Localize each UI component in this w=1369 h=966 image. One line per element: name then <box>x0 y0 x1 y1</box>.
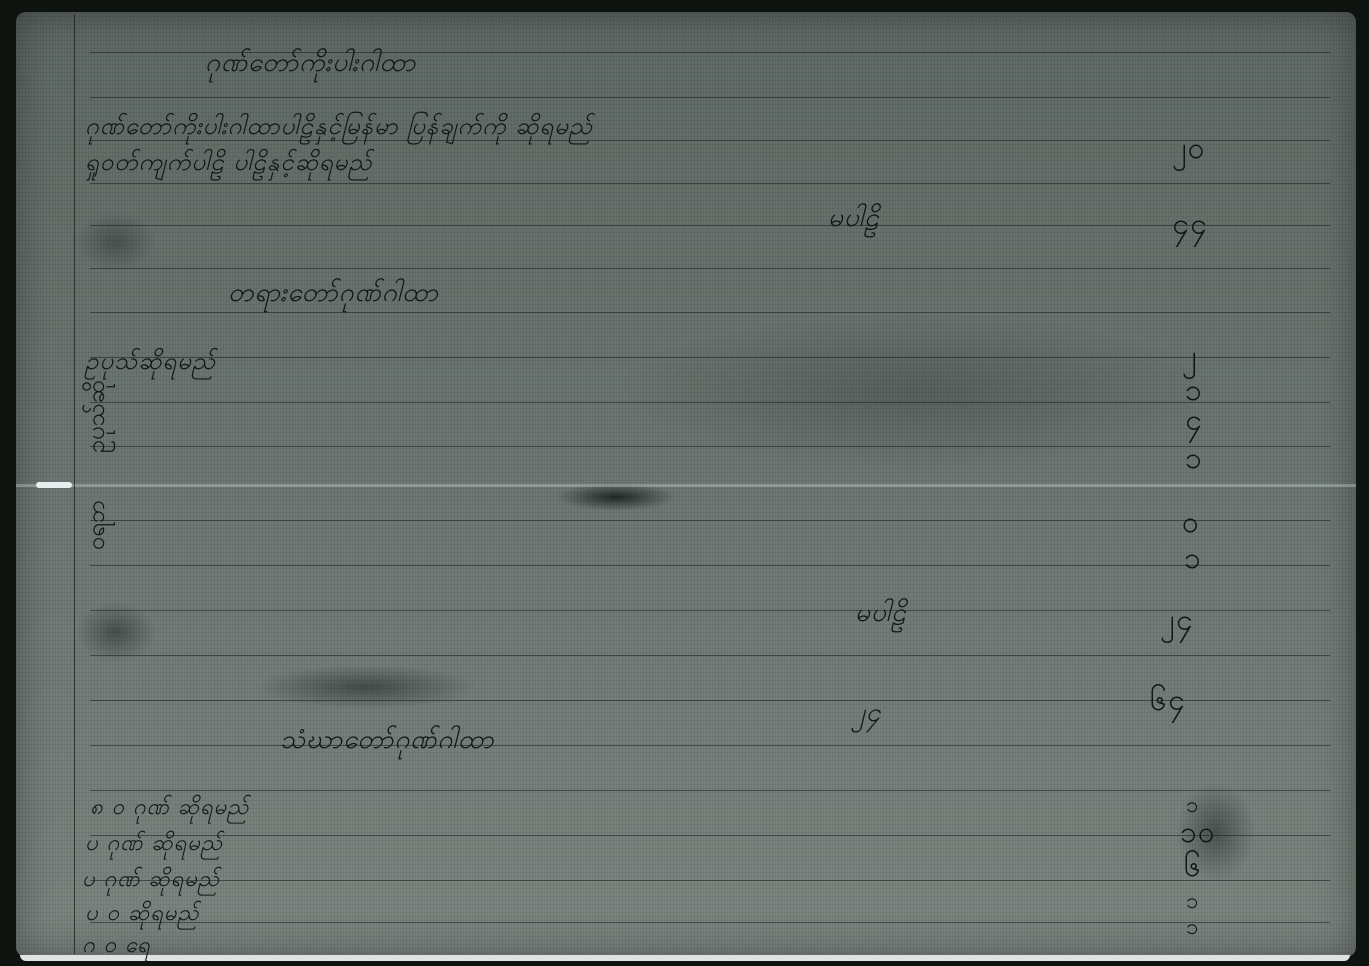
tally-number: ၂၀ <box>1172 128 1206 173</box>
tally-number: ၂၄ <box>1160 600 1194 645</box>
list-item: ပ ဂုဏ် ဆိုရမည် <box>85 828 223 861</box>
ruled-line <box>90 565 1330 566</box>
ruled-line <box>90 922 1330 923</box>
left-margin-rule <box>74 14 75 954</box>
vertical-margin-text: ဝရဘ <box>78 500 114 550</box>
vertical-margin-text: ဥပုသ်ဆို <box>78 380 114 453</box>
ruled-line <box>90 790 1330 791</box>
tally-number: ၆၄ <box>1150 680 1186 725</box>
ruled-line <box>90 610 1330 611</box>
ruled-line <box>90 225 1330 226</box>
ruled-line <box>90 655 1330 656</box>
crease-highlight <box>36 482 72 488</box>
margin-note: မပါဠိ <box>855 595 907 634</box>
ruled-line <box>90 97 1330 98</box>
section-heading: တရားတော်ဂုဏ်ဂါထာ <box>228 275 439 314</box>
section-heading: သံဃာတော်ဂုဏ်ဂါထာ <box>280 722 495 761</box>
sheet-bottom-edge <box>20 955 1350 961</box>
list-item: ပ ဝ ဆိုရမည် <box>85 898 200 931</box>
margin-note: မပါဠိ <box>828 200 880 239</box>
ruled-line <box>90 835 1330 836</box>
ruled-line <box>90 357 1330 358</box>
tally-number: ၁ <box>1184 538 1202 583</box>
tally-number: ၁ <box>1186 912 1199 945</box>
fold-crease <box>16 484 1356 487</box>
ruled-line <box>90 700 1330 701</box>
list-item: ၈ ဝ ဂုဏ် ဆိုရမည် <box>90 792 249 825</box>
ruled-line <box>90 520 1330 521</box>
text-line: ဂုဏ်တော်ကိုးပါးဂါထာပါဠိနှင့်မြန်မာ ပြန်ခ… <box>85 110 593 146</box>
section-heading: ဂုဏ်တော်ကိုးပါးဂါထာ <box>205 45 416 84</box>
ruled-line <box>90 268 1330 269</box>
margin-note: ၂၄ <box>852 695 881 734</box>
ruled-line <box>90 745 1330 746</box>
tally-number: ၄၄ <box>1172 204 1208 249</box>
ruled-line <box>90 446 1330 447</box>
ruled-line <box>90 402 1330 403</box>
text-line: ဥပုသ်ဆိုရမည် <box>85 345 216 381</box>
tally-number: ၁ <box>1185 438 1203 483</box>
text-line: ရှုဝတ်ကျက်ပါဠိ ပါဠိနှင့်ဆိုရမည် <box>85 146 373 182</box>
list-item: ဂ ၀ ရေ <box>82 930 151 963</box>
tally-number: ၆ <box>1184 846 1202 891</box>
ruled-line <box>90 880 1330 881</box>
list-item: ပ ဂုဏ် ဆိုရမည် <box>82 864 220 897</box>
ruled-line <box>90 183 1330 184</box>
